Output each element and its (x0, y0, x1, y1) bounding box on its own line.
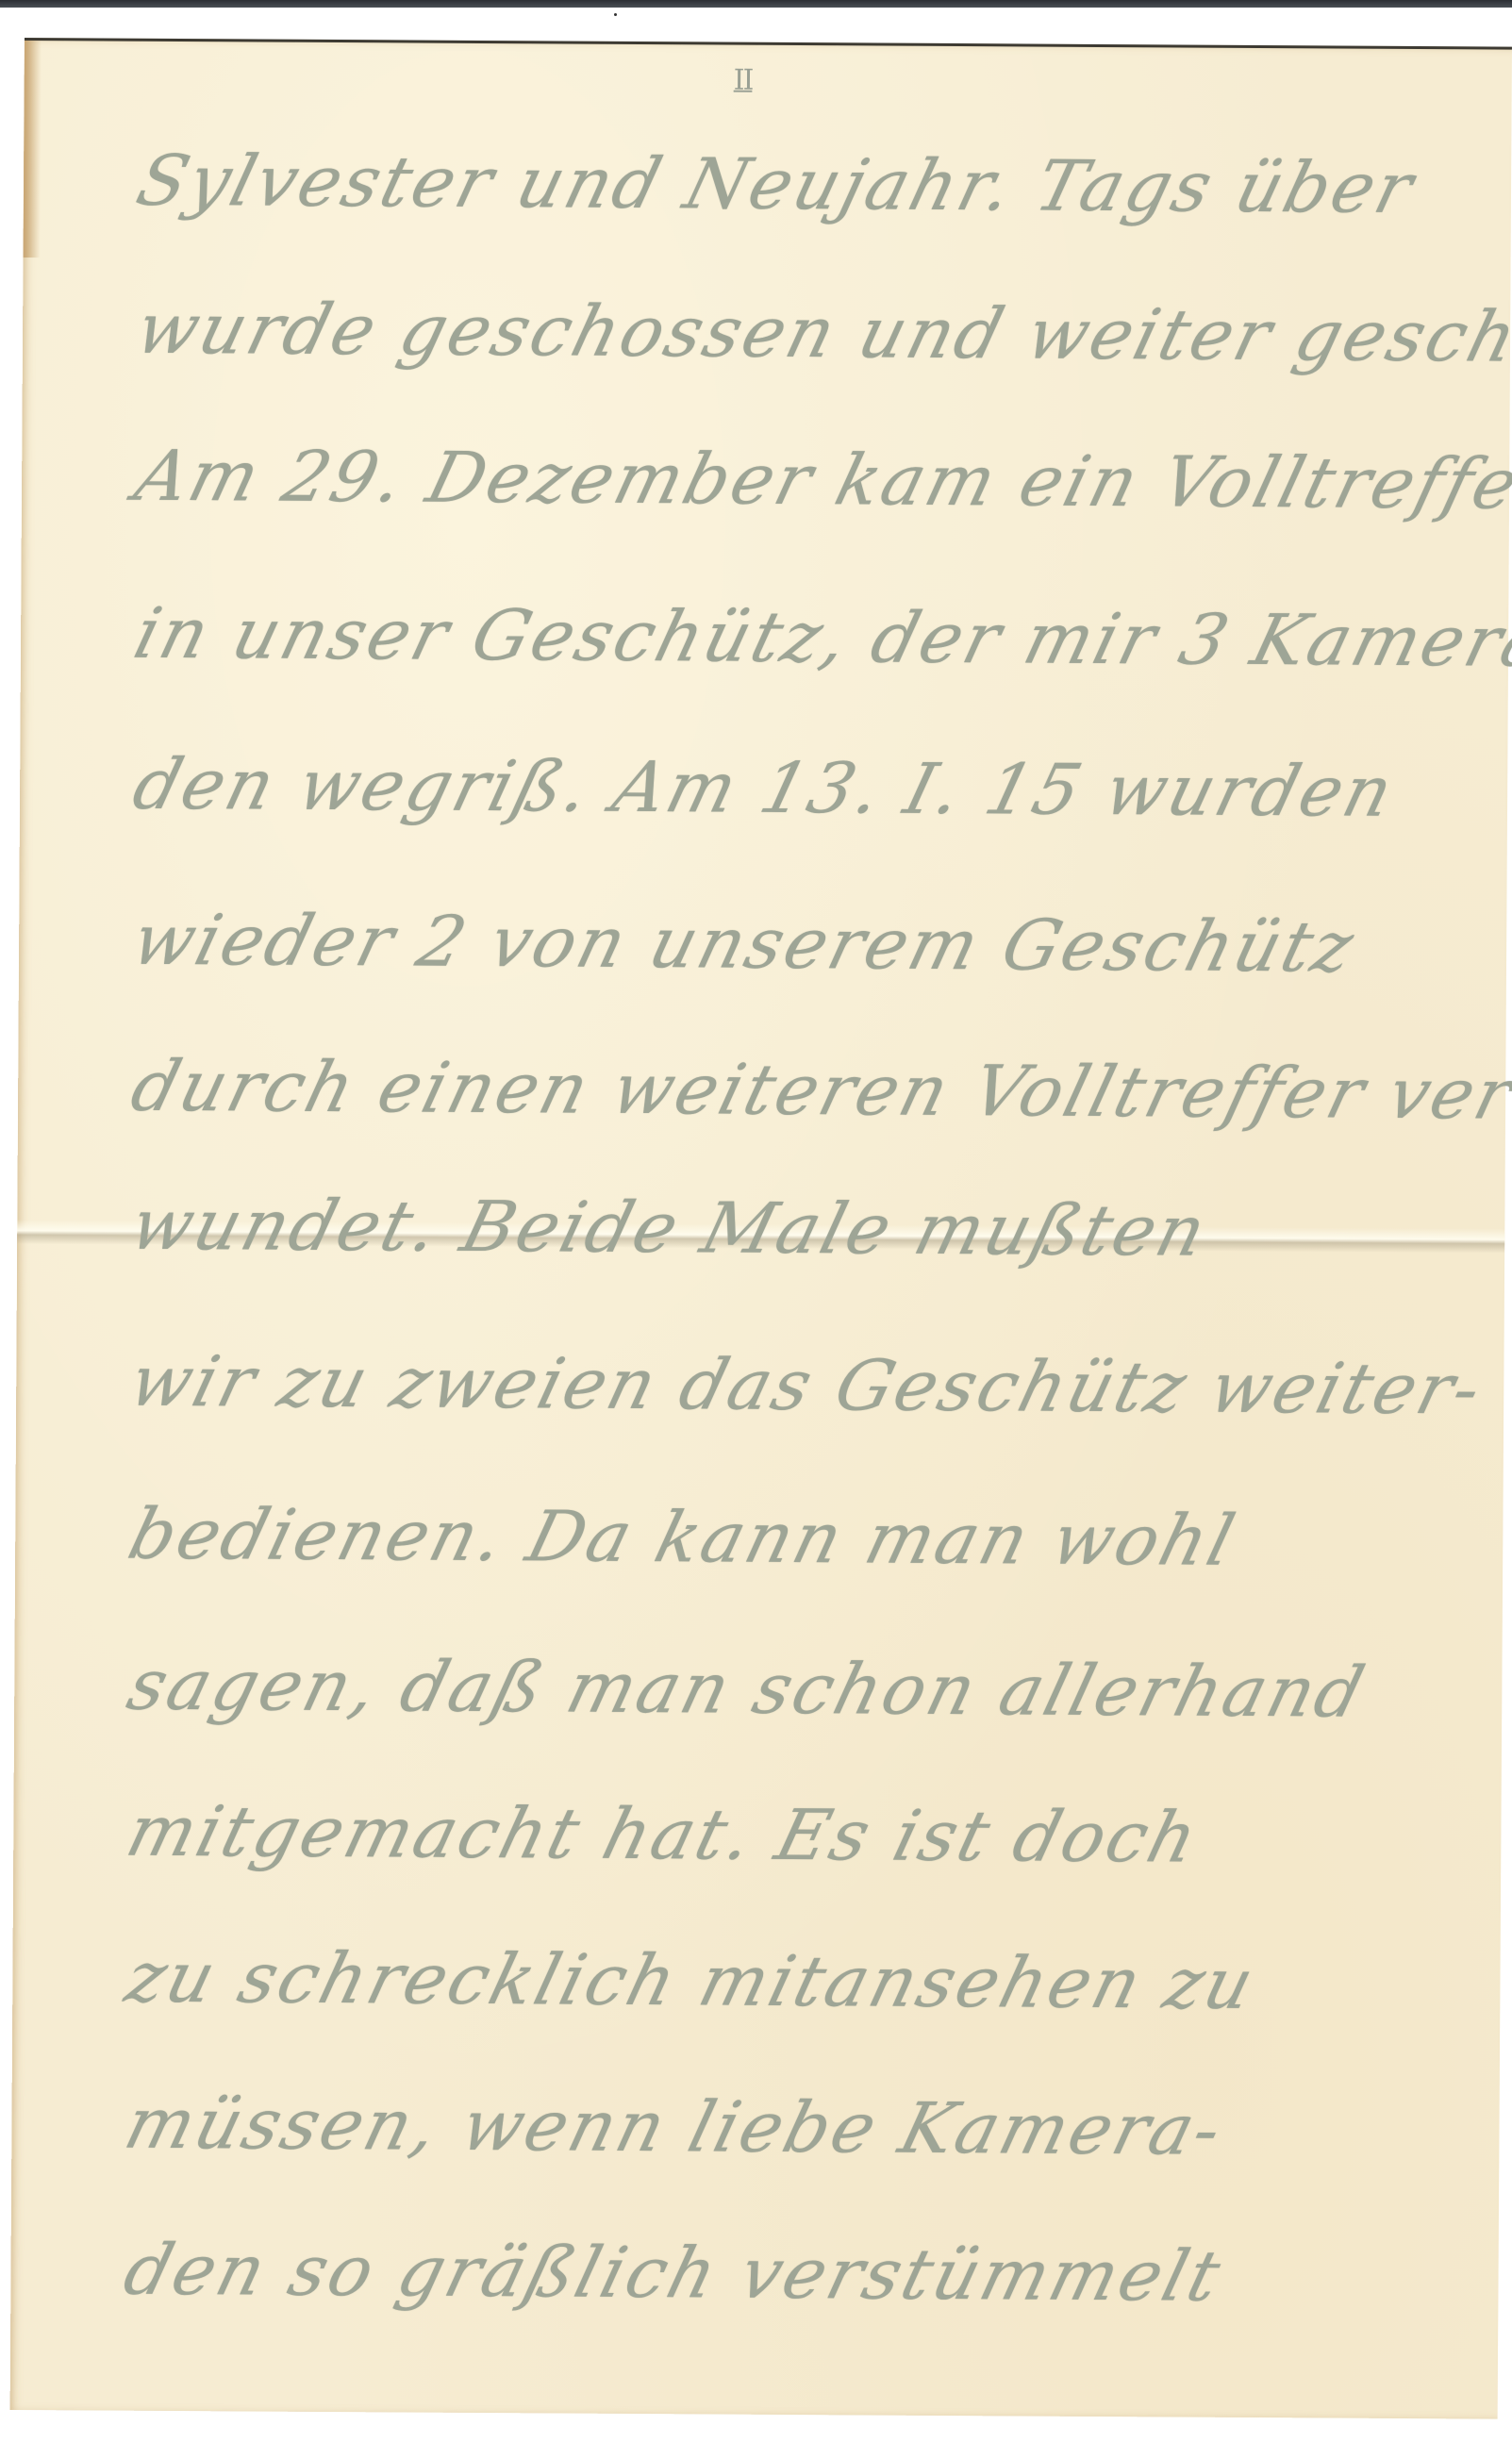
text-line: wurde geschossen und weiter geschossen. (128, 289, 1512, 379)
text-line: mitgemacht hat. Es ist doch (119, 1791, 1207, 1879)
page-number: II (734, 64, 753, 97)
text-line: wieder 2 von unserem Geschütz (125, 900, 1364, 988)
letter-body: Sylvester und Neujahr. Tags über wurde g… (130, 42, 1488, 50)
scanner-top-edge (0, 0, 1512, 8)
text-line: wir zu zweien das Geschütz weiter- (122, 1341, 1491, 1431)
text-line: Sylvester und Neujahr. Tags über (129, 141, 1423, 229)
text-line: wundet. Beide Male mußten (123, 1185, 1216, 1272)
text-line: Am 29. Dezember kam ein Volltreffer (127, 436, 1512, 525)
text-line: den wegriß. Am 13. I. 15 wurden (125, 744, 1404, 833)
scanned-letter: II Sylvester und Neujahr. Tags über wurd… (0, 0, 1512, 2442)
scan-speck (614, 13, 617, 16)
text-line: bedienen. Da kann man wohl (121, 1494, 1245, 1582)
text-line: sagen, daß man schon allerhand (120, 1645, 1374, 1734)
text-line: in unser Geschütz, der mir 3 Kamera- (126, 593, 1512, 683)
text-line: müssen, wenn liebe Kamera- (117, 2084, 1232, 2171)
text-line: durch einen weiteren Volltreffer ver- (124, 1046, 1512, 1136)
letter-page: II Sylvester und Neujahr. Tags über wurd… (10, 38, 1512, 2419)
text-line: zu schrecklich mitansehen zu (118, 1937, 1264, 2025)
text-line: den so gräßlich verstümmelt (116, 2230, 1230, 2317)
paper-stain (24, 41, 42, 257)
